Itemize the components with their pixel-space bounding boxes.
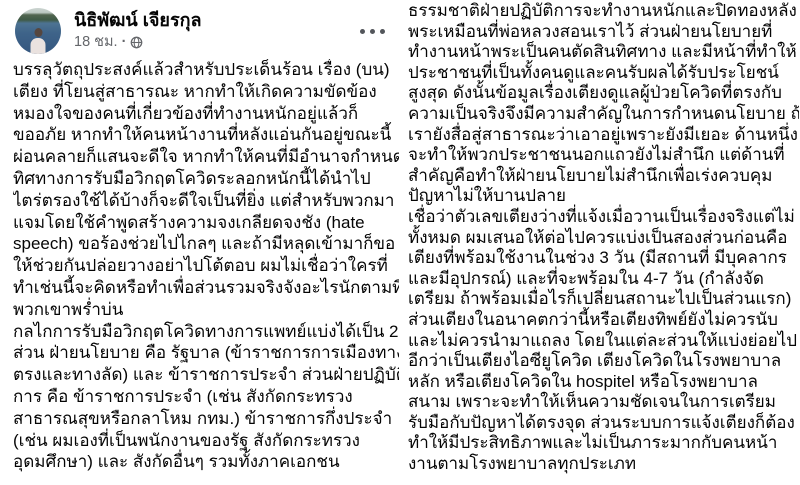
post-text-column-left: บรรลุวัตถุประสงค์แล้วสำหรับประเด็นร้อน เ… xyxy=(13,59,399,485)
post-text-column-right: ธรรมชาติฝ่ายปฏิบัติการจะทำงานหนักและปิดท… xyxy=(408,1,799,485)
timestamp: 18 ชม. xyxy=(74,33,118,51)
post-meta: 18 ชม. · xyxy=(74,33,143,51)
ellipsis-dot xyxy=(380,29,385,34)
avatar-person-figure xyxy=(31,28,46,54)
avatar-person-head xyxy=(34,28,42,37)
avatar[interactable] xyxy=(15,8,61,54)
more-options-button[interactable] xyxy=(355,22,389,40)
ellipsis-dot xyxy=(360,29,365,34)
facebook-post: นิธิพัฒน์ เจียรกุล 18 ชม. · บรรลุวัตถุปร… xyxy=(0,0,800,485)
globe-privacy-icon xyxy=(130,36,143,49)
meta-separator-dot: · xyxy=(122,33,127,51)
avatar-person-body xyxy=(31,38,46,54)
author-name[interactable]: นิธิพัฒน์ เจียรกุล xyxy=(74,9,202,31)
ellipsis-dot xyxy=(370,29,375,34)
